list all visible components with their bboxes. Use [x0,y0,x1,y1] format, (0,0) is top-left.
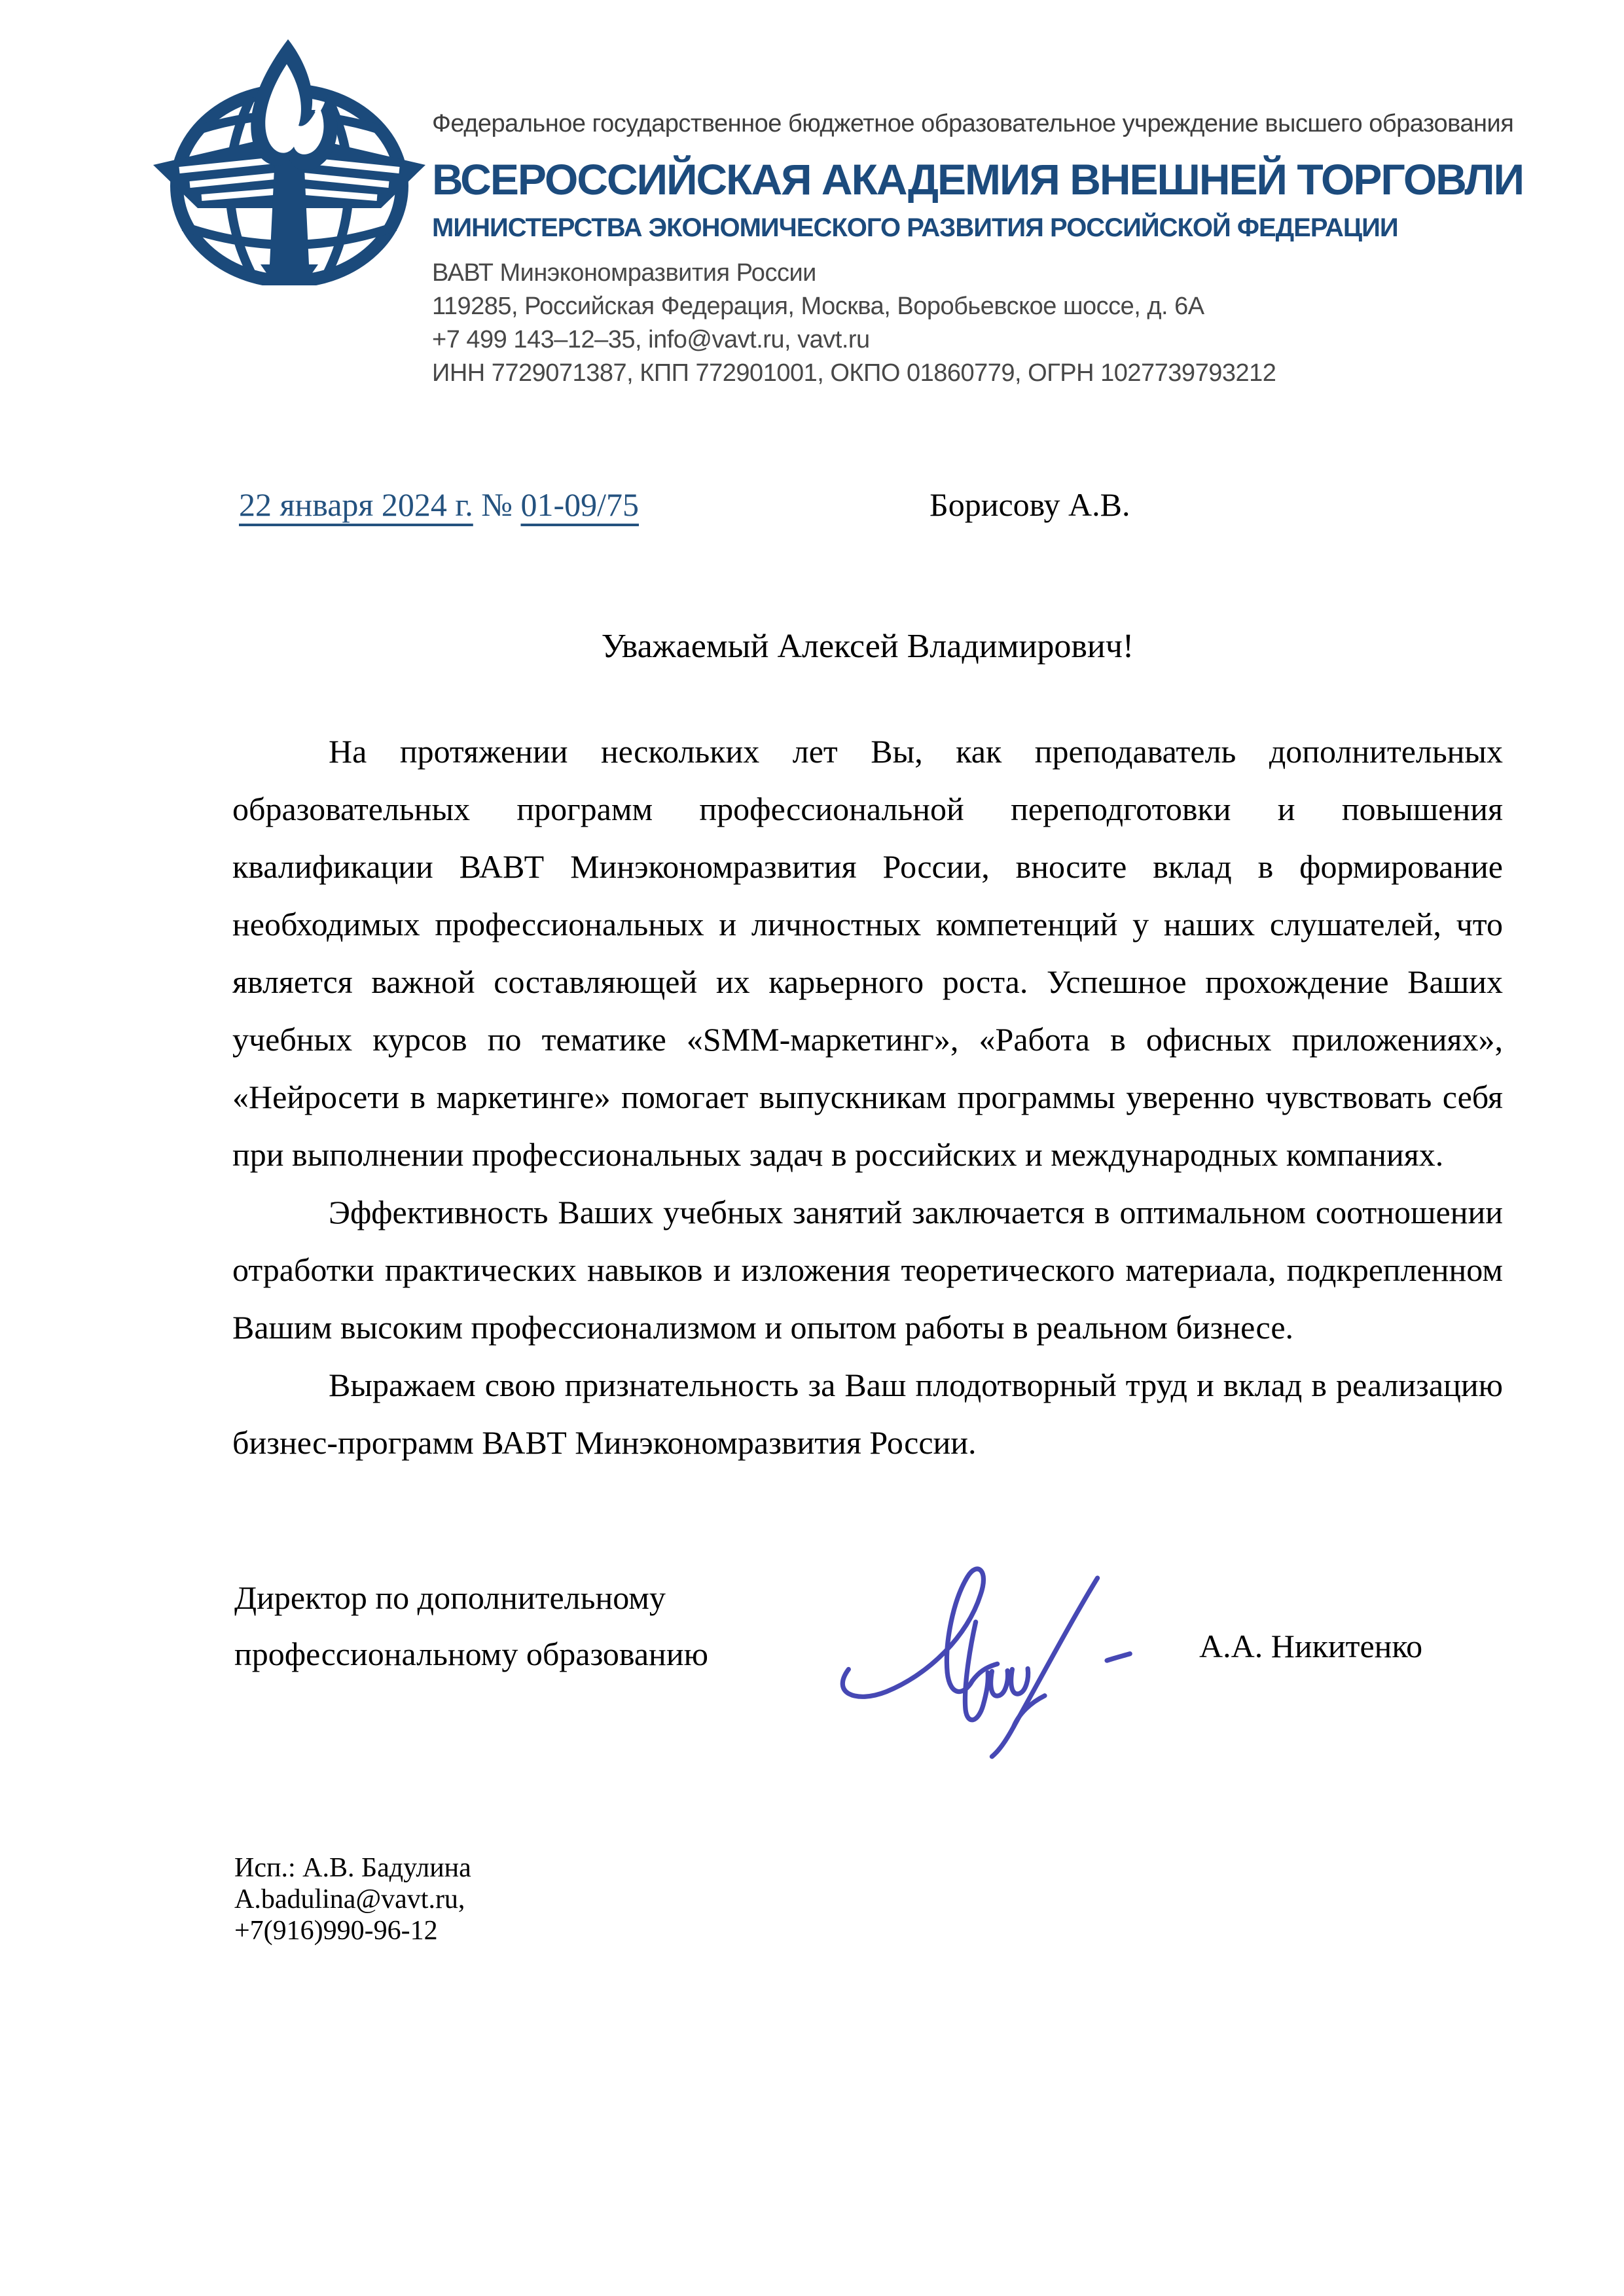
salutation: Уважаемый Алексей Владимирович! [232,627,1503,666]
executor-email: A.badulina@vavt.ru, [234,1884,471,1915]
letter-body: На протяжении нескольких лет Вы, как пре… [232,723,1503,1471]
letterhead-contacts-block: ВАВТ Минэкономразвития России 119285, Ро… [432,257,1276,390]
letterhead-org-short: ВАВТ Минэкономразвития России [432,257,1276,290]
body-paragraph-2: Эффективность Ваших учебных занятий закл… [232,1183,1503,1356]
letterhead-requisites: ИНН 7729071387, КПП 772901001, ОКПО 0186… [432,357,1276,390]
letterhead-academy-name: ВСЕРОССИЙСКАЯ АКАДЕМИЯ ВНЕШНЕЙ ТОРГОВЛИ [432,154,1523,204]
letterhead-address: 119285, Российская Федерация, Москва, Во… [432,290,1276,323]
logo-flame [251,39,337,170]
signer-position-line1: Директор по дополнительному [234,1570,708,1626]
number-sign [473,486,482,523]
letter-number: 01-09/75 [520,486,639,523]
spacer [513,486,521,523]
numero-sign: № [481,486,513,523]
letterhead-federal-line: Федеральное государственное бюджетное об… [432,110,1513,138]
vavt-torch-globe-logo [152,37,427,285]
executor-block: Исп.: А.В. Бадулина A.badulina@vavt.ru, … [234,1852,471,1946]
handwritten-signature [830,1558,1138,1761]
letter-page: Федеральное государственное бюджетное об… [0,0,1624,2296]
signer-position-line2: профессиональному образованию [234,1626,708,1682]
body-paragraph-3: Выражаем свою признательность за Ваш пло… [232,1356,1503,1471]
body-paragraph-1: На протяжении нескольких лет Вы, как пре… [232,723,1503,1183]
addressee: Борисову А.В. [929,486,1130,524]
signer-name: А.А. Никитенко [1199,1627,1422,1665]
letter-date: 22 января 2024 г. [239,486,473,523]
executor-phone: +7(916)990-96-12 [234,1915,471,1946]
letterhead-phone-email: +7 499 143–12–35, info@vavt.ru, vavt.ru [432,323,1276,357]
reference-date-number: 22 января 2024 г. № 01-09/75 [239,486,639,524]
executor-name: Исп.: А.В. Бадулина [234,1852,471,1884]
letterhead-ministry-line: МИНИСТЕРСТВА ЭКОНОМИЧЕСКОГО РАЗВИТИЯ РОС… [432,213,1398,243]
signer-position: Директор по дополнительному профессионал… [234,1570,708,1682]
